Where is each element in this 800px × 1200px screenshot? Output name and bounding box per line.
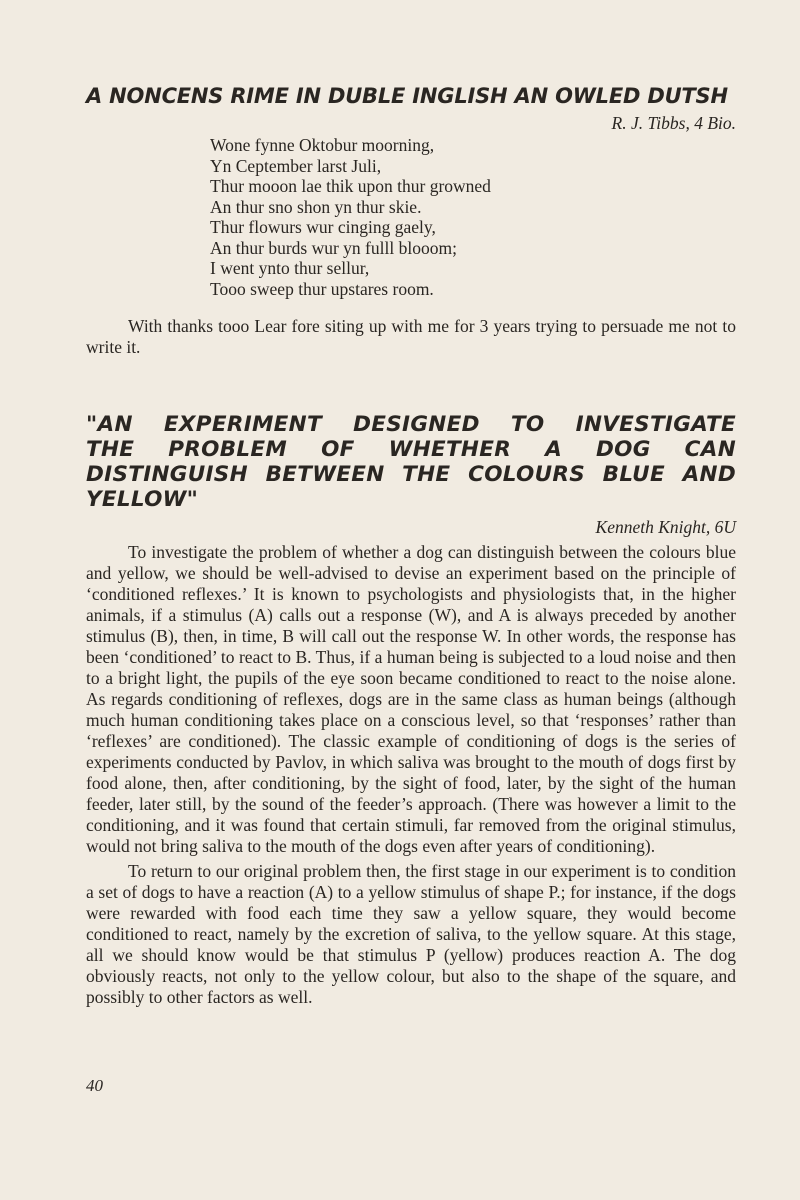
body-paragraph: To return to our original problem then, …	[86, 861, 736, 1008]
article-title: "AN EXPERIMENT DESIGNED TO INVESTIGATE T…	[86, 412, 736, 512]
author-note: With thanks tooo Lear fore siting up wit…	[86, 316, 736, 358]
article-nonsense-rhyme: A NONCENS RIME IN DUBLE INGLISH AN OWLED…	[86, 84, 736, 358]
poem-line: Wone fynne Oktobur moorning,	[210, 135, 736, 156]
poem-line: I went ynto thur sellur,	[210, 258, 736, 279]
article-title: A NONCENS RIME IN DUBLE INGLISH AN OWLED…	[86, 84, 736, 109]
poem-line: Thur flowurs wur cinging gaely,	[210, 217, 736, 238]
page-number: 40	[86, 1076, 103, 1096]
article-dog-experiment: "AN EXPERIMENT DESIGNED TO INVESTIGATE T…	[86, 412, 736, 1008]
poem-line: Tooo sweep thur upstares room.	[210, 279, 736, 300]
article-author: R. J. Tibbs, 4 Bio.	[86, 111, 736, 135]
poem-line: Yn Ceptember larst Juli,	[210, 156, 736, 177]
poem-line: Thur mooon lae thik upon thur growned	[210, 176, 736, 197]
poem-line: An thur sno shon yn thur skie.	[210, 197, 736, 218]
poem-line: An thur burds wur yn fulll blooom;	[210, 238, 736, 259]
article-author: Kenneth Knight, 6U	[86, 515, 736, 539]
body-paragraph: To investigate the problem of whether a …	[86, 542, 736, 857]
poem: Wone fynne Oktobur moorning, Yn Ceptembe…	[210, 135, 736, 299]
page-content: A NONCENS RIME IN DUBLE INGLISH AN OWLED…	[86, 84, 736, 1008]
